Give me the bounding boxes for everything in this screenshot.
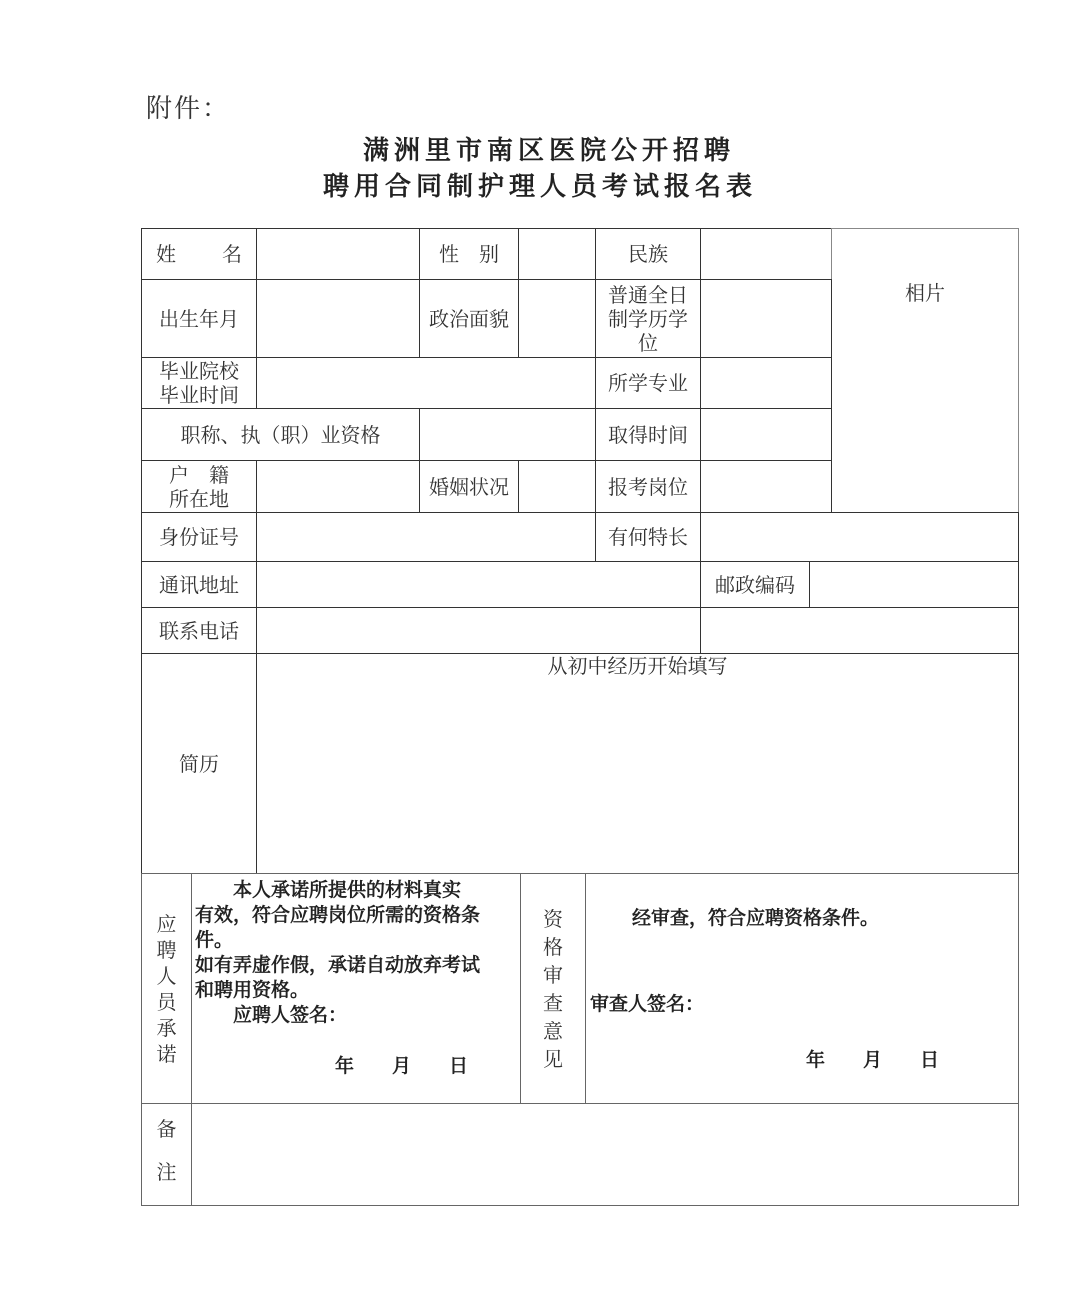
postcode-label: 邮政编码 (700, 561, 810, 608)
political-field[interactable] (518, 279, 596, 358)
review-date[interactable]: 年 月 日 (806, 1048, 939, 1073)
address-field[interactable] (256, 561, 701, 608)
resume-hint: 从初中经历开始填写 (548, 654, 728, 678)
remarks-label: 备 注 (141, 1103, 192, 1206)
name-field[interactable] (256, 228, 420, 280)
gender-label: 性 别 (419, 228, 519, 280)
specialty-field[interactable] (700, 512, 1019, 562)
id-label: 身份证号 (141, 512, 257, 562)
marital-label: 婚姻状况 (419, 460, 519, 513)
form-title-line1: 满洲里市南区医院公开招聘 (0, 130, 1080, 167)
review-text: 经审查，符合应聘资格条件。 (632, 906, 879, 931)
ethnicity-field[interactable] (700, 228, 832, 280)
remarks-field[interactable] (191, 1103, 1019, 1206)
marital-field[interactable] (518, 460, 596, 513)
name-label: 姓 名 (141, 228, 257, 280)
reviewer-signature[interactable]: 审查人签名： (590, 992, 704, 1017)
phone-field[interactable] (256, 607, 701, 654)
review-content: 经审查，符合应聘资格条件。 审查人签名： 年 月 日 (585, 873, 1019, 1104)
address-label: 通讯地址 (141, 561, 257, 608)
qualification-label: 职称、执（职）业资格 (141, 408, 420, 461)
form-title-line2: 聘用合同制护理人员考试报名表 (0, 166, 1080, 203)
obtain-time-field[interactable] (700, 408, 832, 461)
pledge-date[interactable]: 年 月 日 (195, 1054, 518, 1079)
school-label: 毕业院校 毕业时间 (141, 357, 257, 409)
degree-field[interactable] (700, 279, 832, 358)
specialty-label: 有何特长 (595, 512, 701, 562)
degree-label: 普通全日 制学历学 位 (595, 279, 701, 358)
hukou-label: 户 籍 所在地 (141, 460, 257, 513)
position-label: 报考岗位 (595, 460, 701, 513)
major-field[interactable] (700, 357, 832, 409)
political-label: 政治面貌 (419, 279, 519, 358)
photo-label: 相片 (905, 281, 945, 305)
hukou-field[interactable] (256, 460, 420, 513)
postcode-field[interactable] (809, 561, 1019, 608)
school-field[interactable] (256, 357, 596, 409)
birth-label: 出生年月 (141, 279, 257, 358)
ethnicity-label: 民族 (595, 228, 701, 280)
photo-box[interactable]: 相片 (831, 228, 1019, 513)
gender-field[interactable] (518, 228, 596, 280)
phone-extra-field[interactable] (700, 607, 1019, 654)
obtain-time-label: 取得时间 (595, 408, 701, 461)
pledge-content: 本人承诺所提供的材料真实 有效，符合应聘岗位所需的资格条 件。 如有弄虚作假，承… (191, 873, 521, 1104)
attachment-label: 附件： (146, 88, 230, 125)
resume-label: 简历 (141, 653, 257, 874)
phone-label: 联系电话 (141, 607, 257, 654)
position-field[interactable] (700, 460, 832, 513)
major-label: 所学专业 (595, 357, 701, 409)
resume-field[interactable]: 从初中经历开始填写 (256, 653, 1019, 874)
birth-field[interactable] (256, 279, 420, 358)
qualification-field[interactable] (419, 408, 596, 461)
review-label: 资 格 审 查 意 见 (520, 873, 586, 1104)
id-field[interactable] (256, 512, 596, 562)
applicant-signature[interactable]: 应聘人签名： (195, 1003, 518, 1028)
pledge-label: 应 聘 人 员 承 诺 (141, 873, 192, 1104)
